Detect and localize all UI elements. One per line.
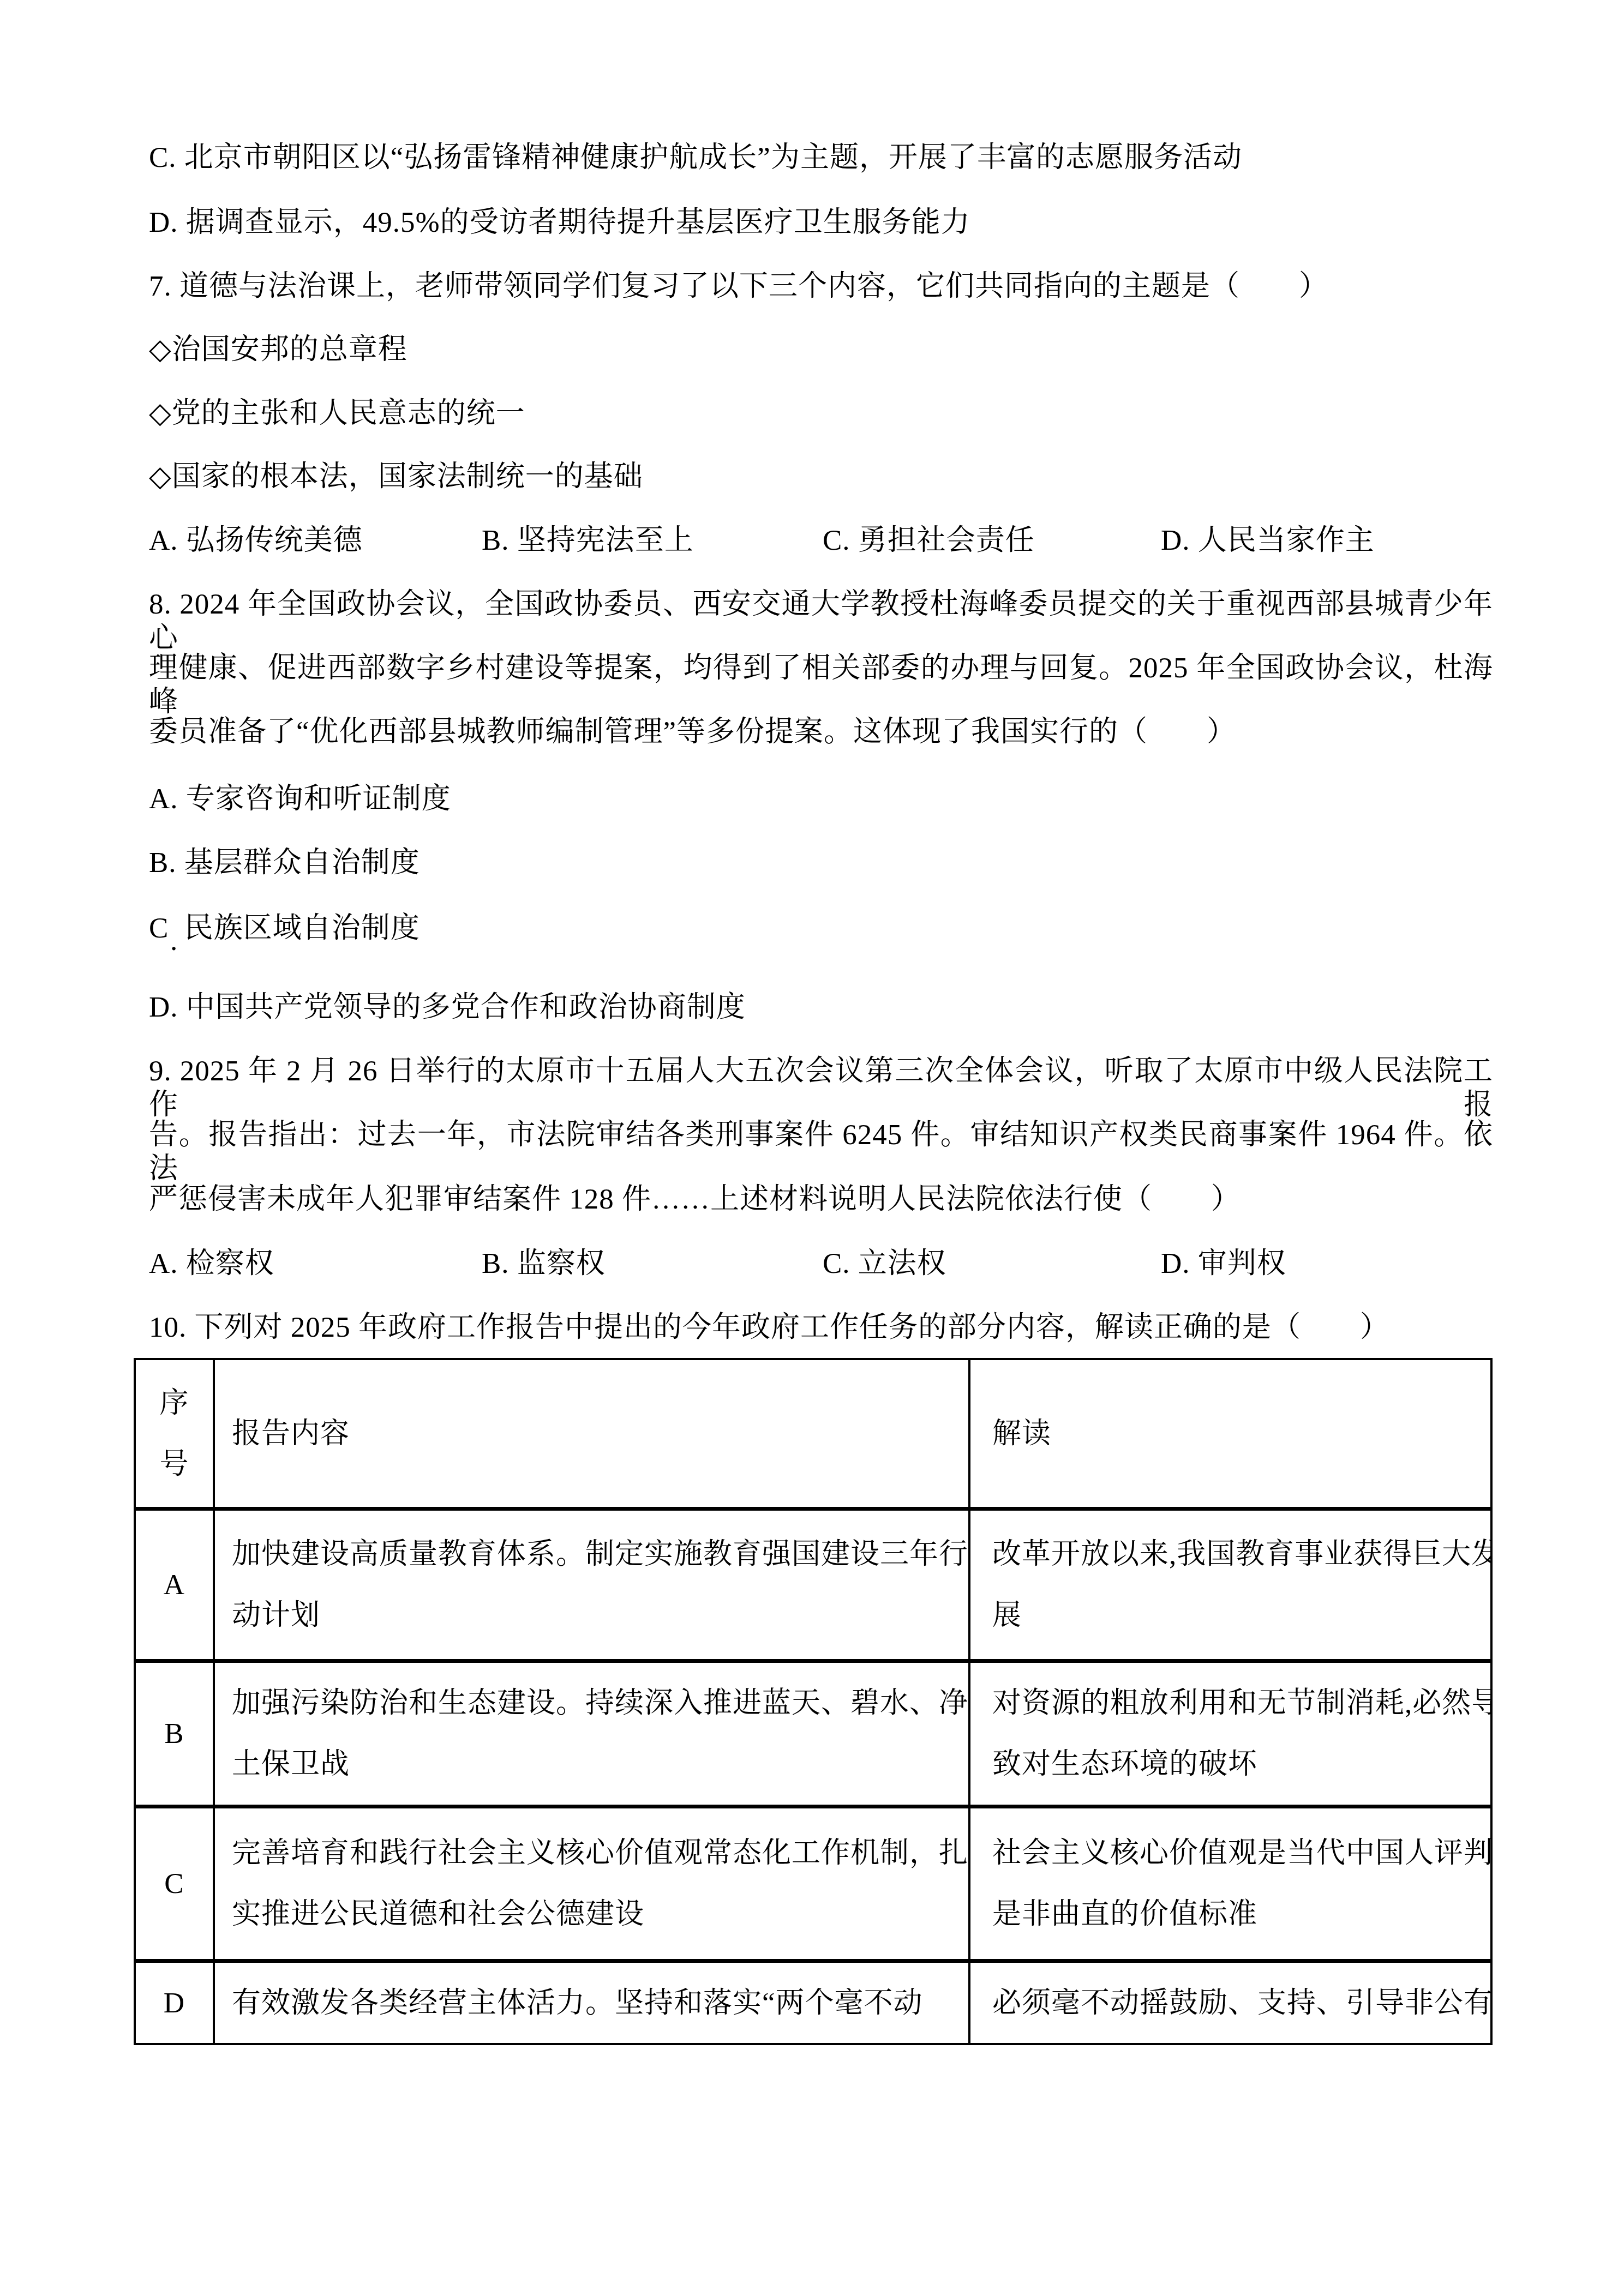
row-d-label: D <box>136 1963 213 2043</box>
q7-bullet-1: ◇治国安邦的总章程 <box>149 333 408 366</box>
q9-options-row: A. 检察权 B. 监察权 C. 立法权 D. 审判权 <box>149 1247 1513 1281</box>
q7-stem: 7. 道德与法治课上，老师带领同学们复习了以下三个内容，它们共同指向的主题是（ … <box>149 269 1328 303</box>
q7-options-row: A. 弘扬传统美德 B. 坚持宪法至上 C. 勇担社会责任 D. 人民当家作主 <box>149 524 1513 557</box>
row-b-content: 加强污染防治和生态建设。持续深入推进蓝天、碧水、净 土保卫战 <box>213 1663 968 1805</box>
row-b-interpret: 对资源的粗放利用和无节制消耗,必然导 致对生态环境的破坏 <box>968 1663 1490 1805</box>
q7-option-b: B. 坚持宪法至上 <box>482 524 694 557</box>
q9-option-b: B. 监察权 <box>482 1247 606 1281</box>
q7-option-c: C. 勇担社会责任 <box>823 524 1035 557</box>
table-header-number-line2: 号 <box>160 1434 189 1495</box>
q8-option-d: D. 中国共产党领导的多党合作和政治协商制度 <box>149 990 746 1024</box>
q8-option-a: A. 专家咨询和听证制度 <box>149 782 451 816</box>
row-a-interpret: 改革开放以来,我国教育事业获得巨大发 展 <box>968 1511 1490 1659</box>
row-a-content: 加快建设高质量教育体系。制定实施教育强国建设三年行 动计划 <box>213 1511 968 1659</box>
q8-option-c: C 民族区域自治制度 <box>149 911 420 945</box>
q7-option-d: D. 人民当家作主 <box>1161 524 1375 557</box>
q7-bullet-3: ◇国家的根本法，国家法制统一的基础 <box>149 460 643 494</box>
table-row-c: C 完善培育和践行社会主义核心价值观常态化工作机制，扎 实推进公民道德和社会公德… <box>136 1805 1490 1959</box>
row-c-content: 完善培育和践行社会主义核心价值观常态化工作机制，扎 实推进公民道德和社会公德建设 <box>213 1808 968 1959</box>
table-header-number-line1: 序 <box>160 1373 189 1434</box>
q7-bullet-2: ◇党的主张和人民意志的统一 <box>149 396 525 430</box>
q9-stem-line-3: 严惩侵害未成年人犯罪审结案件 128 件……上述材料说明人民法院依法行使（ ） <box>149 1182 1241 1216</box>
table-row-d: D 有效激发各类经营主体活力。坚持和落实“两个毫不动 必须毫不动摇鼓励、支持、引… <box>136 1959 1490 2043</box>
row-b-label: B <box>136 1663 213 1805</box>
q8-option-c-stray-period: . <box>170 924 178 958</box>
row-c-label: C <box>136 1808 213 1959</box>
row-d-interpret: 必须毫不动摇鼓励、支持、引导非公有制 <box>968 1963 1490 2043</box>
table-row-b: B 加强污染防治和生态建设。持续深入推进蓝天、碧水、净 土保卫战 对资源的粗放利… <box>136 1659 1490 1805</box>
q9-option-d: D. 审判权 <box>1161 1247 1286 1281</box>
q8-option-b: B. 基层群众自治制度 <box>149 846 420 880</box>
table-header-number: 序 号 <box>136 1360 213 1507</box>
q7-option-a: A. 弘扬传统美德 <box>149 524 363 557</box>
q6-option-c: C. 北京市朝阳区以“弘扬雷锋精神健康护航成长”为主题，开展了丰富的志愿服务活动 <box>149 141 1242 175</box>
q9-stem-line-1: 9. 2025 年 2 月 26 日举行的太原市十五届人大五次会议第三次全体会议… <box>149 1054 1493 1122</box>
exam-paper-page: C. 北京市朝阳区以“弘扬雷锋精神健康护航成长”为主题，开展了丰富的志愿服务活动… <box>0 0 1624 2296</box>
q10-table: 序 号 报告内容 解读 A 加快建设高质量教育体系。制定实施教育强国建设三年行 … <box>134 1358 1493 2045</box>
row-a-label: A <box>136 1511 213 1659</box>
q6-option-d: D. 据调查显示，49.5%的受访者期待提升基层医疗卫生服务能力 <box>149 206 970 239</box>
row-d-content: 有效激发各类经营主体活力。坚持和落实“两个毫不动 <box>213 1963 968 2043</box>
q8-stem-line-2: 理健康、促进西部数字乡村建设等提案，均得到了相关部委的办理与回复。2025 年全… <box>149 651 1493 719</box>
table-header-interpret: 解读 <box>968 1360 1490 1507</box>
q9-option-a: A. 检察权 <box>149 1247 274 1281</box>
q9-stem-line-2: 告。报告指出：过去一年，市法院审结各类刑事案件 6245 件。审结知识产权类民商… <box>149 1118 1493 1186</box>
table-header-content: 报告内容 <box>213 1360 968 1507</box>
row-c-interpret: 社会主义核心价值观是当代中国人评判 是非曲直的价值标准 <box>968 1808 1490 1959</box>
table-header-row: 序 号 报告内容 解读 <box>136 1360 1490 1507</box>
table-row-a: A 加快建设高质量教育体系。制定实施教育强国建设三年行 动计划 改革开放以来,我… <box>136 1507 1490 1659</box>
q8-stem-line-1: 8. 2024 年全国政协会议，全国政协委员、西安交通大学教授杜海峰委员提交的关… <box>149 587 1493 655</box>
q8-stem-line-3: 委员准备了“优化西部县城教师编制管理”等多份提案。这体现了我国实行的（ ） <box>149 715 1236 749</box>
q10-stem: 10. 下列对 2025 年政府工作报告中提出的今年政府工作任务的部分内容，解读… <box>149 1311 1389 1344</box>
q9-option-c: C. 立法权 <box>823 1247 946 1281</box>
